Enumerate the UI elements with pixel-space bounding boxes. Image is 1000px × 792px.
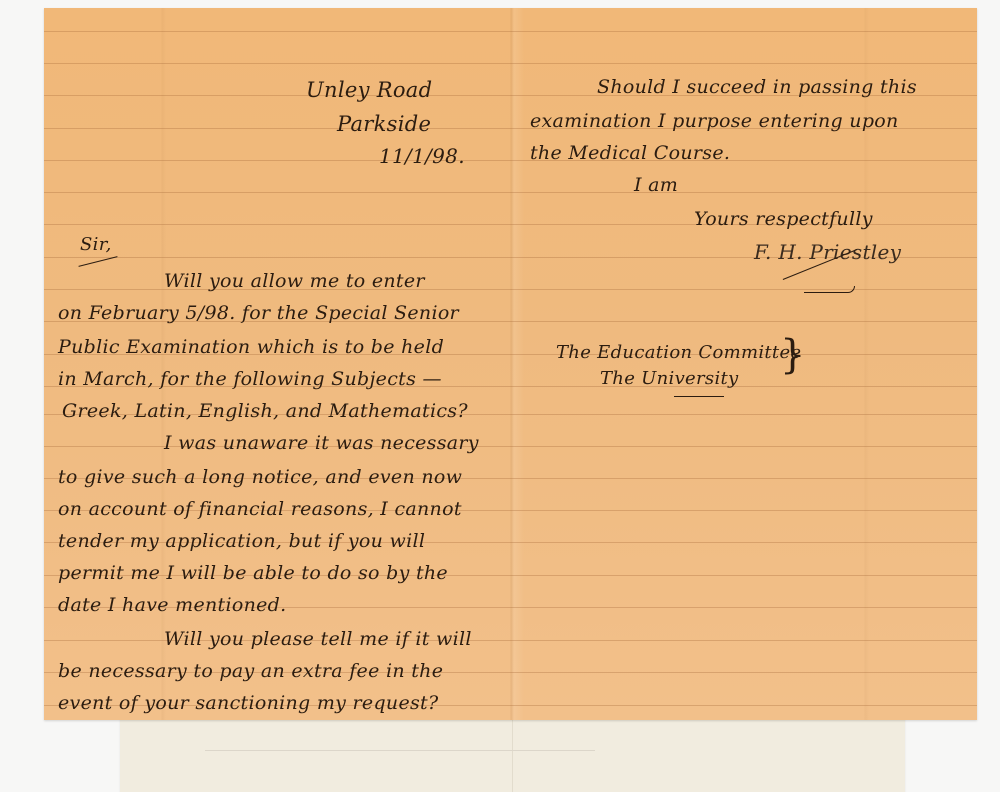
- addressee-line-2: The University: [600, 370, 739, 388]
- body-line: tender my application, but if you will: [58, 532, 425, 551]
- salutation: Sir,: [80, 236, 112, 254]
- body-line: Should I succeed in passing this: [597, 78, 917, 97]
- signature-flourish: [804, 286, 855, 293]
- addressee-line-1: The Education Committee: [556, 344, 801, 362]
- body-line: Will you allow me to enter: [164, 272, 425, 291]
- signature: F. H. Priestley: [754, 242, 901, 262]
- body-line: in March, for the following Subjects —: [58, 370, 442, 389]
- body-line: on account of financial reasons, I canno…: [58, 500, 462, 519]
- body-line: permit me I will be able to do so by the: [58, 564, 448, 583]
- closing-i-am: I am: [634, 176, 678, 195]
- address-line-1: Unley Road: [306, 80, 432, 101]
- body-line: date I have mentioned.: [58, 596, 286, 615]
- body-line: examination I purpose entering upon: [530, 112, 899, 131]
- body-line: the Medical Course.: [530, 144, 730, 163]
- body-line: be necessary to pay an extra fee in the: [58, 662, 443, 681]
- body-line: Public Examination which is to be held: [58, 338, 444, 357]
- addressee-underline: [674, 396, 724, 397]
- ruled-line: [44, 160, 977, 161]
- underlying-ghost-line: [205, 750, 595, 751]
- body-line: Greek, Latin, English, and Mathematics?: [62, 402, 468, 421]
- ruled-line: [44, 63, 977, 64]
- letter-date: 11/1/98.: [379, 146, 465, 166]
- address-line-2: Parkside: [337, 114, 431, 135]
- addressee-brace: }: [780, 335, 805, 375]
- closing-yours-respectfully: Yours respectfully: [694, 210, 873, 229]
- body-line: to give such a long notice, and even now: [58, 468, 462, 487]
- ruled-line: [44, 192, 977, 193]
- ruled-line: [44, 31, 977, 32]
- body-line: on February 5/98. for the Special Senior: [58, 304, 459, 323]
- body-line: event of your sanctioning my request?: [58, 694, 438, 713]
- body-line: I was unaware it was necessary: [164, 434, 479, 453]
- body-line: Will you please tell me if it will: [164, 630, 472, 649]
- letter-sheet: Unley Road Parkside 11/1/98. Sir, Will y…: [44, 8, 977, 720]
